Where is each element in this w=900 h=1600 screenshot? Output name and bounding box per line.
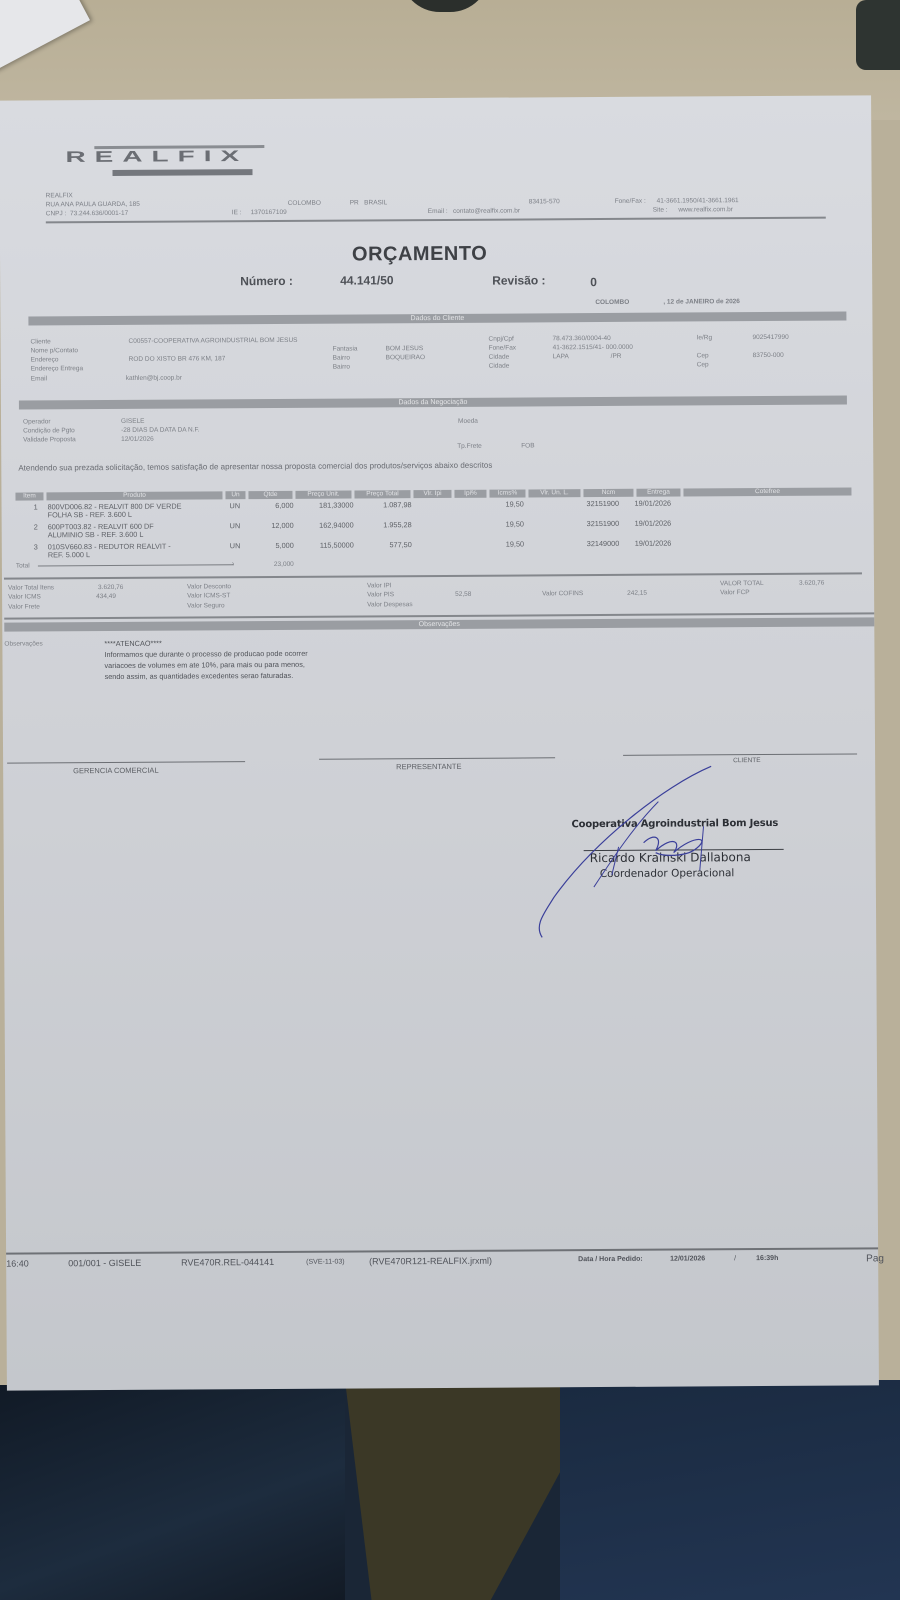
col-icms: Icms%	[489, 489, 525, 497]
valor-ipi-label: Valor IPI	[367, 582, 391, 589]
company-site: Site : www.realfix.com.br	[653, 206, 733, 213]
footer-time: 16:40	[6, 1259, 29, 1269]
cell-icms: 19,50	[506, 539, 524, 548]
company-ie: IE : 1370167109	[232, 209, 287, 216]
valor-frete-label: Valor Frete	[8, 603, 40, 610]
endereco-entrega-label: Endereço Entrega	[31, 365, 83, 372]
company-logo: REALFIX	[65, 147, 248, 166]
cell-preco-unit: 181,33000	[294, 501, 354, 510]
client-section-header: Dados do Cliente	[28, 312, 846, 326]
state: PR	[350, 199, 359, 206]
document-place: COLOMBO	[595, 299, 629, 306]
cell-ncm: 32149000	[587, 539, 620, 548]
client-cnpj-value: 78.473.360/0004-40	[553, 335, 611, 342]
cell-produto-line2: FOLHA SB - REF. 3.600 L	[48, 510, 132, 520]
desk-object-right	[856, 0, 900, 70]
frete-value: FOB	[521, 442, 534, 449]
signature-line-representante	[319, 757, 555, 759]
validade-label: Validade Proposta	[23, 436, 76, 443]
cliente-label: Cliente	[31, 338, 51, 345]
lap-right	[560, 1380, 900, 1600]
cell-preco-unit: 115,50000	[294, 541, 354, 550]
cell-ncm: 32151900	[587, 519, 620, 528]
observations-label: Observações	[4, 640, 42, 647]
observations-section-title: Observações	[4, 617, 874, 631]
bairro-value: BOQUEIRAO	[386, 354, 425, 361]
condicao-label: Condição de Pgto	[23, 427, 75, 434]
cell-icms: 19,50	[506, 519, 524, 528]
col-vlr-ipi: Vlr. Ipi	[413, 490, 451, 498]
cell-item: 3	[34, 542, 38, 551]
intro-text: Atendendo sua prezada solicitação, temos…	[18, 461, 492, 473]
footer-order-date: 12/01/2026	[670, 1255, 705, 1262]
phone-label: Fone/Fax :	[615, 198, 646, 205]
client-fone-value: 41-3622.1515/41- 000.0000	[553, 344, 633, 351]
valor-cofins-label: Valor COFINS	[542, 590, 583, 597]
cliente-value: C00557-COOPERATIVA AGROINDUSTRIAL BOM JE…	[129, 337, 298, 345]
cell-qtde: 5,000	[234, 541, 294, 550]
valor-icms: 434,49	[96, 593, 116, 600]
client-email-value: kathlen@bj.coop.br	[126, 375, 182, 382]
cep-label: Cep	[697, 352, 709, 359]
observation-line: sendo assim, as quantidades excedentes s…	[105, 670, 308, 682]
signature-label-gerencia: GERENCIA COMERCIAL	[73, 766, 158, 776]
cnpj-label: CNPJ :	[46, 210, 67, 217]
footer-order-label: Data / Hora Pedido:	[578, 1256, 643, 1263]
cell-entrega: 19/01/2026	[635, 499, 672, 508]
client-section-title: Dados do Cliente	[28, 312, 846, 326]
endereco-label: Endereço	[31, 356, 59, 363]
cell-entrega: 19/01/2026	[635, 539, 672, 548]
revision-value: 0	[590, 275, 597, 289]
cell-entrega: 19/01/2026	[635, 519, 672, 528]
country: BRASIL	[364, 199, 387, 206]
footer-separator: /	[734, 1255, 736, 1262]
col-cotefree: Cotefree	[683, 487, 851, 496]
ie-value: 1370167109	[251, 209, 287, 216]
footer-report: RVE470R.REL-044141	[181, 1257, 274, 1268]
valor-pis: 52,58	[455, 591, 471, 598]
valor-despesas-label: Valor Despesas	[367, 601, 412, 608]
client-email-label: Email	[31, 375, 47, 382]
cell-item: 1	[34, 502, 38, 511]
phone-value: 41-3661.1950/41-3661.1961	[657, 197, 739, 205]
bairro-label: Bairro	[333, 355, 350, 362]
signature-line-gerencia	[7, 761, 245, 763]
observations-section-header: Observações	[4, 617, 874, 631]
email-value: contato@realfix.com.br	[453, 207, 520, 214]
cep-value: 83750-000	[753, 352, 784, 359]
document-date: , 12 de JANEIRO de 2026	[663, 298, 740, 305]
number-label: Número :	[240, 274, 293, 288]
handwritten-signature	[523, 746, 784, 948]
frete-label: Tp.Frete	[457, 443, 482, 450]
company-city: COLOMBO	[288, 200, 321, 207]
validade-value: 12/01/2026	[121, 436, 154, 443]
cell-produto-line2: REF. 5.000 L	[48, 550, 90, 559]
col-preco-total: Preço Total	[354, 490, 410, 498]
company-cnpj: CNPJ : 73.244.636/0001-17	[46, 210, 128, 218]
cell-icms: 19,50	[506, 499, 524, 508]
valor-desconto-label: Valor Desconto	[187, 583, 231, 590]
number-value: 44.141/50	[340, 273, 393, 287]
valor-total-label: VALOR TOTAL	[720, 580, 764, 587]
lap-left	[0, 1385, 345, 1600]
total-arrow-line	[38, 564, 234, 566]
totals-top-divider	[4, 572, 862, 579]
client-ie-label: Ie/Rg	[697, 334, 713, 341]
col-ncm: Ncm	[583, 489, 633, 497]
cidade-value: LAPA	[553, 353, 569, 360]
cep2-label: Cep	[697, 361, 709, 368]
valor-icms-st-label: Valor ICMS-ST	[187, 592, 230, 599]
cell-preco-unit: 162,94000	[294, 521, 354, 530]
cell-qtde: 12,000	[234, 521, 294, 530]
logo-tagline-bar	[112, 169, 252, 176]
uf-value: /PR	[611, 353, 622, 360]
cidade2-label: Cidade	[489, 363, 510, 370]
valor-pis-label: Valor PIS	[367, 591, 394, 598]
ie-label: IE :	[232, 209, 242, 216]
endereco-value: ROD DO XISTO BR 476 KM, 187	[129, 355, 226, 363]
cnpj-value: 73.244.636/0001-17	[70, 210, 128, 217]
operador-value: GISELE	[121, 418, 145, 425]
revision-label: Revisão :	[492, 273, 545, 287]
fantasia-label: Fantasia	[333, 345, 358, 352]
negotiation-section-title: Dados da Negociação	[19, 396, 847, 410]
valor-seguro-label: Valor Seguro	[187, 602, 225, 609]
total-label: Total	[16, 562, 30, 569]
valor-fcp-label: Valor FCP	[720, 589, 750, 596]
footer-order-time: 16:39h	[756, 1255, 778, 1262]
company-name: REALFIX	[46, 192, 73, 199]
col-vlr-un-l: Vlr. Un. L.	[528, 489, 580, 497]
client-cnpj-label: Cnpj/Cpf	[489, 336, 514, 343]
valor-cofins: 242,15	[627, 590, 647, 597]
company-email: Email : contato@realfix.com.br	[428, 207, 520, 215]
col-produto: Produto	[46, 491, 222, 500]
valor-total-itens: 3.620,76	[98, 584, 123, 591]
cell-produto-line2: ALUMINIO SB - REF. 3.600 L	[48, 530, 144, 540]
col-ipi: Ipi%	[454, 490, 486, 498]
contato-label: Nome p/Contato	[31, 347, 78, 354]
header-divider	[46, 217, 826, 224]
col-item: Item	[15, 492, 43, 500]
moeda-label: Moeda	[458, 418, 478, 425]
footer-template: (RVE470R121-REALFIX.jrxml)	[369, 1256, 492, 1267]
company-phone: Fone/Fax : 41-3661.1950/41-3661.1961	[615, 197, 739, 205]
client-ie-value: 9025417990	[753, 334, 789, 341]
footer-divider	[6, 1247, 878, 1254]
footer-version: (SVE-11-03)	[306, 1259, 344, 1266]
cell-preco-total: 577,50	[352, 540, 412, 549]
cell-item: 2	[34, 522, 38, 531]
cidade-label: Cidade	[489, 354, 510, 361]
footer-page-label: Pag	[866, 1253, 884, 1264]
email-label: Email :	[428, 208, 448, 215]
condicao-value: -28 DIAS DA DATA DA N.F.	[121, 426, 200, 433]
site-value: www.realfix.com.br	[678, 206, 733, 213]
cell-preco-total: 1.087,98	[352, 500, 412, 509]
quotation-document: REALFIX REALFIX RUA ANA PAULA GUARDA, 18…	[0, 95, 879, 1390]
document-title: ORÇAMENTO	[352, 243, 487, 267]
fantasia-value: BOM JESUS	[386, 345, 424, 352]
col-qtde: Qtde	[248, 491, 292, 499]
cell-preco-total: 1.955,28	[352, 520, 412, 529]
company-state-country: PR BRASIL	[350, 199, 388, 206]
col-un: Un	[225, 491, 245, 499]
company-address: RUA ANA PAULA GUARDA, 185	[46, 201, 140, 209]
valor-icms-label: Valor ICMS	[8, 593, 41, 600]
bairro2-label: Bairro	[333, 364, 350, 371]
company-zip: 83415-570	[529, 198, 560, 205]
total-arrow-head: ›	[232, 560, 234, 567]
operador-label: Operador	[23, 418, 51, 425]
footer-page-user: 001/001 - GISELE	[68, 1258, 141, 1268]
valor-total-itens-label: Valor Total Itens	[8, 584, 54, 591]
col-preco-unit: Preço Unit.	[295, 491, 351, 499]
total-qtde: 23,000	[274, 561, 294, 568]
valor-total: 3.620,76	[799, 580, 824, 587]
cell-ncm: 32151900	[587, 499, 620, 508]
col-entrega: Entrega	[636, 489, 680, 497]
observations-text: ****ATENCAO**** Informamos que durante o…	[104, 637, 307, 682]
cell-qtde: 6,000	[234, 501, 294, 510]
signature-label-representante: REPRESENTANTE	[396, 762, 461, 771]
site-label: Site :	[653, 207, 668, 214]
client-fone-label: Fone/Fax	[489, 345, 517, 352]
negotiation-section-header: Dados da Negociação	[19, 396, 847, 410]
